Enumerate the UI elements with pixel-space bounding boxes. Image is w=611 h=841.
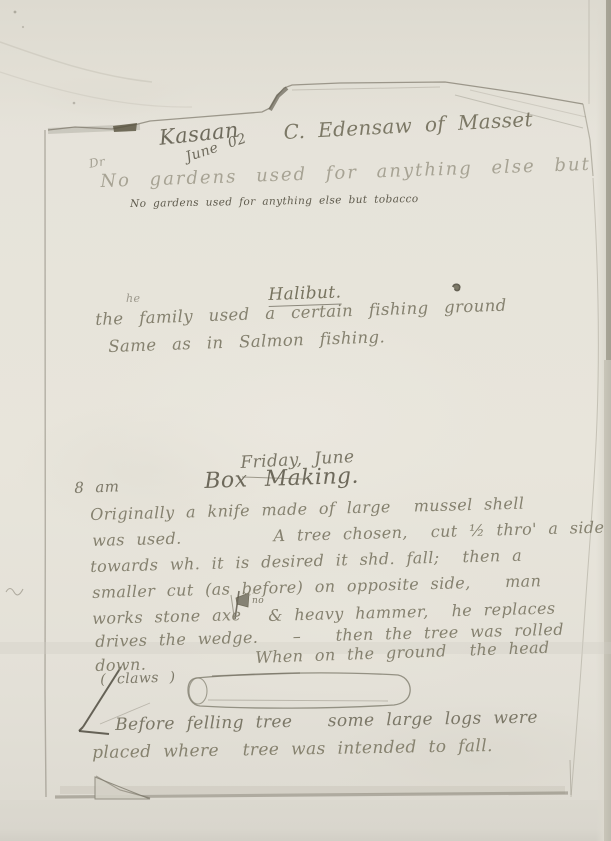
margin-scribble — [6, 589, 23, 595]
backing-paper-bottom — [0, 800, 611, 841]
boxmaking-line-5a: works stone axe — [92, 606, 242, 627]
bottom-edge-shadow — [60, 786, 565, 794]
page-left-edge — [45, 130, 46, 797]
scanned-manuscript-page: Kasaan June 02 C. Edensaw of Masset Dr N… — [0, 0, 611, 841]
boxmaking-line-8: Before felling tree some large logs were — [115, 709, 538, 735]
ink-blot — [453, 284, 460, 290]
header-margin-mark: Dr — [88, 155, 106, 171]
backing-paper-right — [596, 0, 611, 841]
dog-ear-fold — [95, 777, 150, 799]
halibut-line-2: Same as in Salmon fishing. — [108, 328, 385, 356]
boxmaking-line-2: was used. A tree chosen, cut ½ thro' a s… — [92, 519, 605, 550]
note-tobacco-faint: No gardens used for anything else but to… — [100, 154, 611, 192]
dog-ear-crease — [96, 776, 150, 798]
boxmaking-time: 8 am — [74, 478, 120, 496]
backing-paper-top — [0, 0, 611, 126]
halibut-margin-mark: he — [126, 293, 140, 305]
boxmaking-line-4: smaller cut (as before) on opposite side… — [92, 572, 542, 601]
boxmaking-line-1: Originally a knife made of large mussel … — [90, 495, 525, 524]
page-right-edge — [571, 178, 598, 797]
boxmaking-title: Box Making. — [204, 465, 359, 495]
boxmaking-claws-label: ( claws ) — [100, 670, 176, 688]
page-bottom-edge — [55, 793, 568, 797]
log-sketch — [188, 673, 410, 708]
boxmaking-line-5-note: no — [252, 597, 264, 607]
note-tobacco-rewrite: No gardens used for anything else but to… — [130, 194, 419, 211]
boxmaking-line-3: towards wh. it is desired it shd. fall; … — [90, 547, 522, 576]
page-bottom-right-corner — [570, 760, 571, 795]
boxmaking-line-9: placed where tree was intended to fall. — [92, 737, 493, 763]
torn-edge-smudge — [48, 127, 140, 131]
